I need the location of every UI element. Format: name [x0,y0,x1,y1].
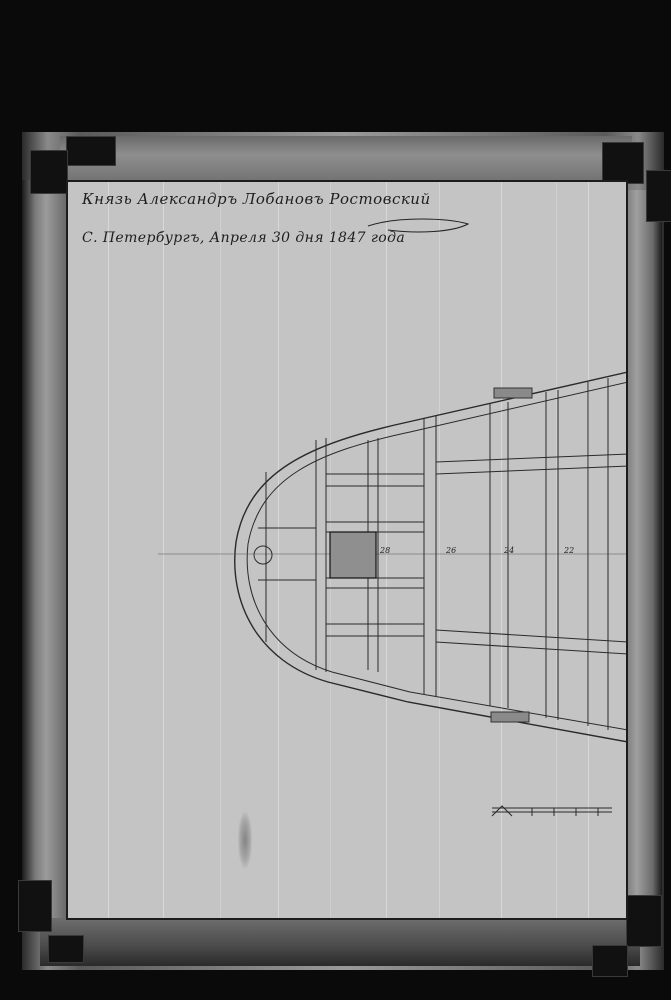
corner-clamp-bottom-right-lower [592,945,628,977]
corner-clamp-top-left [66,136,116,166]
corner-clamp-left-side [30,150,68,194]
frame-bottom-rail [40,918,640,966]
corner-clamp-bottom-left-lower [48,935,84,963]
corner-clamp-bottom-right [626,895,662,947]
corner-clamp-bottom-left [18,880,52,932]
station-label: 26 [446,546,456,555]
station-label: 28 [380,546,390,555]
scale-bar [492,806,612,816]
station-label: 22 [564,546,574,555]
frame-left-rail [22,180,66,920]
station-label: 24 [504,546,514,555]
corner-clamp-top-right [602,142,644,184]
frame-top-rail [60,136,632,182]
ink-stain [238,812,252,868]
deck-plan-drawing [68,182,628,920]
corner-clamp-right-side [646,170,671,222]
drawing-sheet: Князь Александръ Лобановъ Ростовский С. … [66,180,628,920]
